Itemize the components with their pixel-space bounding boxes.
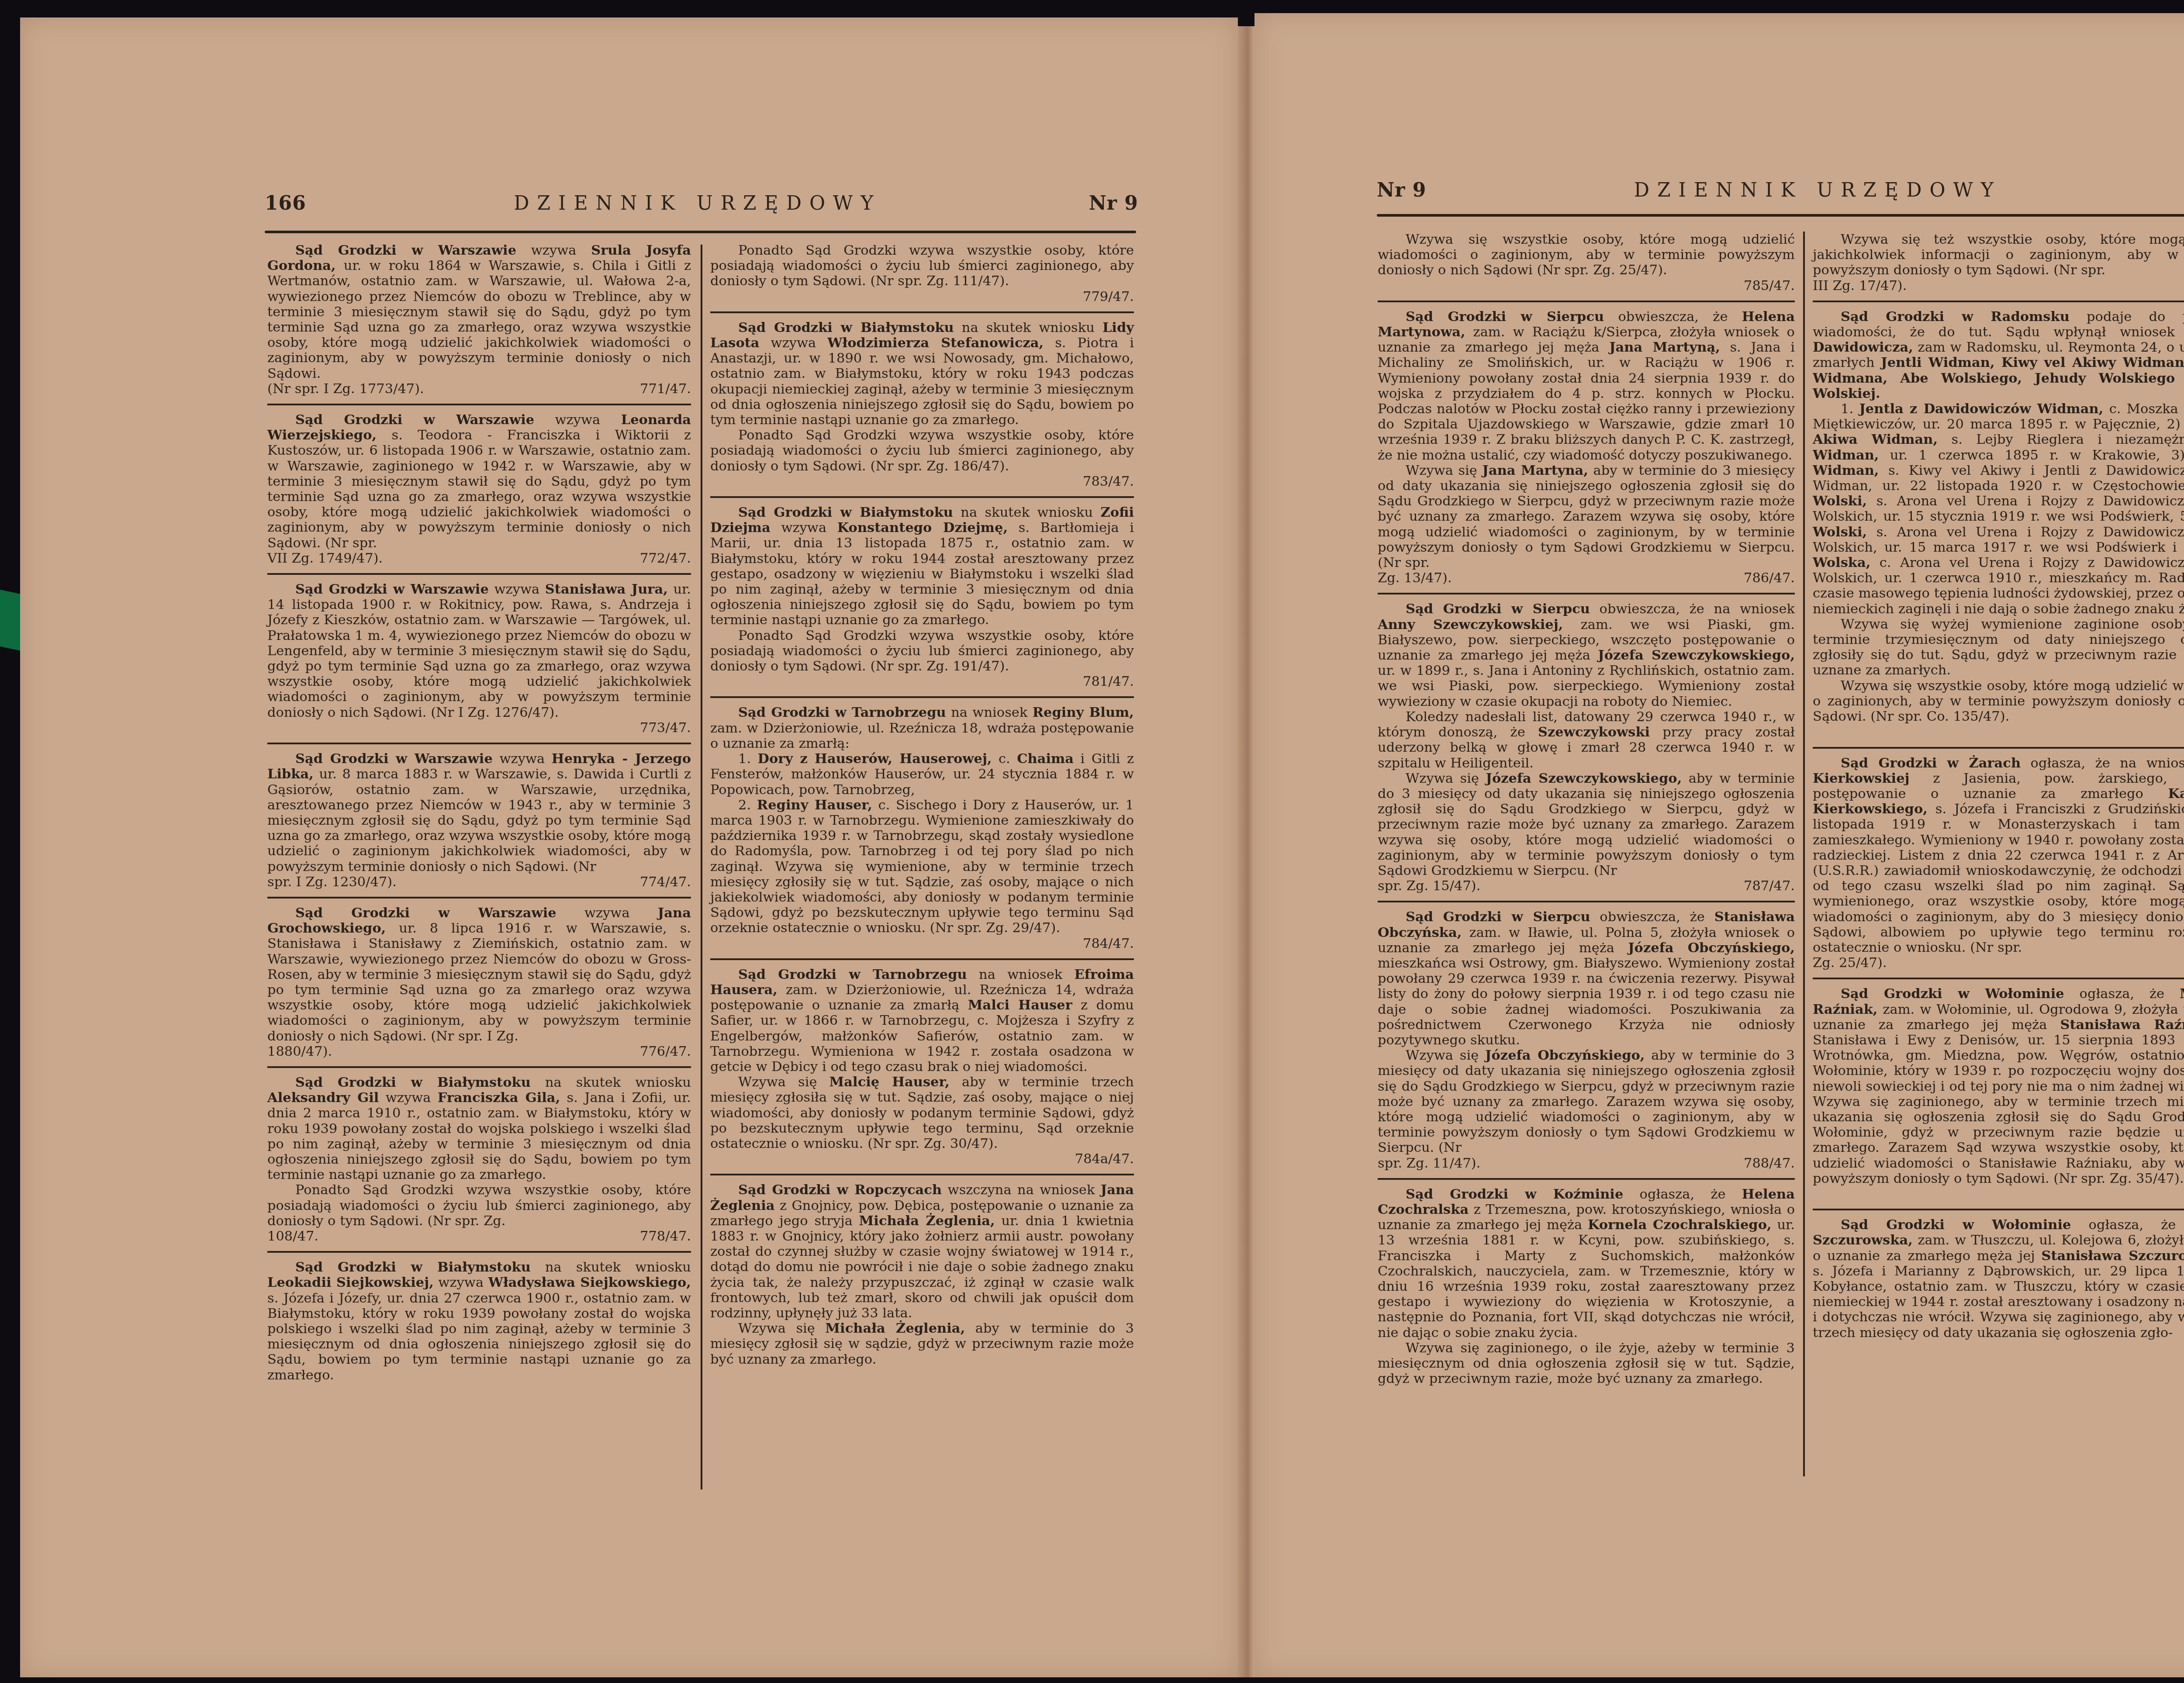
notice-paragraph: 1. Jentla z Dawidowiczów Widman, c. Mosz… bbox=[1813, 401, 2184, 617]
court-notice: Sąd Grodzki w Wołominie ogłasza, że Bryg… bbox=[1813, 1210, 2184, 1348]
issue-number: Nr 9 bbox=[1377, 179, 1426, 201]
notice-paragraph: Wzywa się Michała Żeglenia, aby w termin… bbox=[710, 1321, 1134, 1367]
court-notice: Sąd Grodzki w Tarnobrzegu na wniosek Efr… bbox=[710, 960, 1134, 1176]
notice-paragraph: 1. Dory z Hauserów, Hauserowej, c. Chaim… bbox=[710, 751, 1134, 798]
court-notice: Sąd Grodzki w Warszawie wzywa Srula Josy… bbox=[267, 236, 691, 405]
notice-reference: 783/47. bbox=[710, 474, 1134, 489]
notice-number: 779/47. bbox=[1083, 289, 1134, 304]
notice-paragraph: Sąd Grodzki w Białymstoku na skutek wnio… bbox=[710, 320, 1134, 428]
notice-paragraph: Sąd Grodzki w Białymstoku na skutek wnio… bbox=[267, 1075, 691, 1182]
notice-reference: 779/47. bbox=[710, 289, 1134, 304]
notice-paragraph: Sąd Grodzki w Ropczycach wszczyna na wni… bbox=[710, 1182, 1134, 1321]
court-notice: Sąd Grodzki w Białymstoku na skutek wnio… bbox=[710, 313, 1134, 498]
notice-paragraph: Wzywa się Jana Martyna, aby w terminie d… bbox=[1378, 463, 1795, 570]
issue-number: Nr 9 bbox=[1089, 192, 1138, 214]
notice-reference: VII Zg. 1749/47).772/47. bbox=[267, 551, 691, 566]
notice-paragraph: Sąd Grodzki w Żarach ogłasza, że na wnio… bbox=[1813, 756, 2184, 956]
notice-paragraph: Sąd Grodzki w Warszawie wzywa Jana Groch… bbox=[267, 905, 691, 1044]
notice-reference: 781/47. bbox=[710, 674, 1134, 689]
notice-number: 784/47. bbox=[1083, 936, 1134, 951]
notice-number: 783/47. bbox=[1083, 474, 1134, 489]
notice-paragraph: Sąd Grodzki w Warszawie wzywa Srula Josy… bbox=[267, 243, 691, 381]
notice-number: 774/47. bbox=[640, 874, 691, 890]
journal-title: DZIENNIK URZĘDOWY bbox=[514, 192, 881, 214]
notice-number: 772/47. bbox=[640, 551, 691, 566]
notice-number: 776/47. bbox=[640, 1044, 691, 1059]
notice-paragraph: Ponadto Sąd Grodzki wzywa wszystkie osob… bbox=[710, 628, 1134, 674]
notice-paragraph: Sąd Grodzki w Radomsku podaje do publicz… bbox=[1813, 309, 2184, 401]
notice-paragraph: Ponadto Sąd Grodzki wzywa wszystkie osob… bbox=[710, 428, 1134, 474]
court-notice: Sąd Grodzki w Sierpcu obwieszcza, że Sta… bbox=[1378, 902, 1795, 1179]
notice-paragraph: Sąd Grodzki w Wołominie ogłasza, że Bryg… bbox=[1813, 1217, 2184, 1341]
court-notice: Sąd Grodzki w Żarach ogłasza, że na wnio… bbox=[1813, 749, 2184, 980]
column-divider bbox=[701, 245, 702, 1489]
notice-paragraph: 2. Reginy Hauser, c. Sischego i Dory z H… bbox=[710, 798, 1134, 936]
notice-paragraph: Wzywa się wszystkie osoby, które mogą ud… bbox=[1378, 232, 1795, 278]
notice-paragraph: Sąd Grodzki w Warszawie wzywa Stanisława… bbox=[267, 582, 691, 720]
court-notice: Sąd Grodzki w Ropczycach wszczyna na wni… bbox=[710, 1175, 1134, 1374]
notice-reference: 784a/47. bbox=[710, 1151, 1134, 1167]
column-left-1: Sąd Grodzki w Warszawie wzywa Srula Josy… bbox=[267, 236, 691, 1390]
scanner-edge-marker bbox=[0, 590, 21, 651]
notice-paragraph: Wzywa się Malcię Hauser, aby w terminie … bbox=[710, 1075, 1134, 1151]
notice-paragraph: Sąd Grodzki w Sierpcu obwieszcza, że Sta… bbox=[1378, 909, 1795, 1048]
court-notice: Wzywa się też wszystkie osoby, które mog… bbox=[1813, 225, 2184, 302]
notice-paragraph: Wzywa się Józefa Obczyńskiego, aby w ter… bbox=[1378, 1048, 1795, 1155]
case-number: 1880/47). bbox=[267, 1044, 332, 1059]
court-notice: Sąd Grodzki w Sierpcu obwieszcza, że Hel… bbox=[1378, 302, 1795, 595]
notice-paragraph: Sąd Grodzki w Tarnobrzegu na wniosek Efr… bbox=[710, 967, 1134, 1075]
notice-paragraph: Sąd Grodzki w Białymstoku na skutek wnio… bbox=[710, 505, 1134, 628]
case-number: spr. I Zg. 1230/47). bbox=[267, 874, 397, 890]
court-notice: Ponadto Sąd Grodzki wzywa wszystkie osob… bbox=[710, 236, 1134, 313]
notice-paragraph: Sąd Grodzki w Białymstoku na skutek wnio… bbox=[267, 1260, 691, 1383]
notice-paragraph: Sąd Grodzki w Warszawie wzywa Henryka - … bbox=[267, 751, 691, 874]
notice-number: 771/47. bbox=[640, 381, 691, 397]
notice-paragraph: Sąd Grodzki w Sierpcu obwieszcza, że na … bbox=[1378, 601, 1795, 709]
notice-number: 787/47. bbox=[1744, 878, 1795, 894]
notice-reference: III Zg. 17/47).789/47. bbox=[1813, 278, 2184, 294]
journal-title: DZIENNIK URZĘDOWY bbox=[1634, 179, 2001, 201]
notice-number: 781/47. bbox=[1083, 674, 1134, 689]
notice-reference: spr. I Zg. 1230/47).774/47. bbox=[267, 874, 691, 890]
notice-number: 788/47. bbox=[1744, 1156, 1795, 1171]
notice-reference: (Nr spr. I Zg. 1773/47).771/47. bbox=[267, 381, 691, 397]
page-167: Nr 9 DZIENNIK URZĘDOWY 167 Wzywa się wsz… bbox=[1254, 13, 2184, 1677]
case-number: (Nr spr. I Zg. 1773/47). bbox=[267, 381, 424, 397]
court-notice: Sąd Grodzki w Białymstoku na skutek wnio… bbox=[710, 498, 1134, 698]
court-notice: Wzywa się wszystkie osoby, które mogą ud… bbox=[1378, 225, 1795, 302]
case-number: III Zg. 17/47). bbox=[1813, 278, 1907, 294]
notice-paragraph: Wzywa się wyżej wymienione zaginione oso… bbox=[1813, 617, 2184, 678]
notice-reference: Zg. 25/47).793/47. bbox=[1813, 955, 2184, 971]
notice-reference: 784/47. bbox=[710, 936, 1134, 951]
court-notice: Sąd Grodzki w Białymstoku na skutek wnio… bbox=[267, 1253, 691, 1390]
court-notice: Sąd Grodzki w Radomsku podaje do publicz… bbox=[1813, 302, 2184, 749]
notice-paragraph: Sąd Grodzki w Tarnobrzegu na wniosek Reg… bbox=[710, 705, 1134, 751]
page-166: 166 DZIENNIK URZĘDOWY Nr 9 Sąd Grodzki w… bbox=[20, 17, 1238, 1677]
case-number: spr. Zg. 15/47). bbox=[1378, 878, 1480, 894]
case-number: VII Zg. 1749/47). bbox=[267, 551, 383, 566]
court-notice: Sąd Grodzki w Sierpcu obwieszcza, że na … bbox=[1378, 594, 1795, 902]
notice-reference: spr. Zg. 15/47).787/47. bbox=[1378, 878, 1795, 894]
notice-paragraph: Wzywa się też wszystkie osoby, które mog… bbox=[1813, 232, 2184, 278]
court-notice: Sąd Grodzki w Białymstoku na skutek wnio… bbox=[267, 1068, 691, 1253]
notice-paragraph: Koledzy nadesłali list, datowany 29 czer… bbox=[1378, 709, 1795, 771]
notice-reference: 794/47. bbox=[1813, 1186, 2184, 1202]
notice-reference: 1880/47).776/47. bbox=[267, 1044, 691, 1059]
column-left-2: Ponadto Sąd Grodzki wzywa wszystkie osob… bbox=[710, 236, 1134, 1374]
header-rule bbox=[265, 231, 1136, 233]
notice-paragraph: Wzywa się wszystkie osoby, które mogą ud… bbox=[1813, 678, 2184, 725]
page-number: 166 bbox=[265, 192, 306, 214]
notice-paragraph: Wzywa się Józefa Szewczykowskiego, aby w… bbox=[1378, 771, 1795, 878]
notice-reference: 792/47. bbox=[1813, 724, 2184, 740]
header-rule bbox=[1377, 214, 2184, 217]
case-number: 108/47. bbox=[267, 1229, 318, 1244]
case-number: Zg. 25/47). bbox=[1813, 955, 1887, 971]
court-notice: Sąd Grodzki w Koźminie ogłasza, że Helen… bbox=[1378, 1180, 1795, 1394]
notice-reference: 108/47.778/47. bbox=[267, 1229, 691, 1244]
court-notice: Sąd Grodzki w Warszawie wzywa Stanisława… bbox=[267, 575, 691, 744]
notice-reference: spr. Zg. 11/47).788/47. bbox=[1378, 1156, 1795, 1171]
court-notice: Sąd Grodzki w Tarnobrzegu na wniosek Reg… bbox=[710, 698, 1134, 960]
case-number: spr. Zg. 11/47). bbox=[1378, 1156, 1480, 1171]
column-right-1: Wzywa się wszystkie osoby, które mogą ud… bbox=[1378, 225, 1795, 1393]
notice-paragraph: Wzywa się zaginionego, o ile żyje, ażeby… bbox=[1378, 1341, 1795, 1387]
notice-reference: 773/47. bbox=[267, 720, 691, 736]
court-notice: Sąd Grodzki w Wołominie ogłasza, że Mari… bbox=[1813, 979, 2184, 1210]
notice-reference: 785/47. bbox=[1378, 278, 1795, 294]
notice-number: 778/47. bbox=[640, 1229, 691, 1244]
notice-paragraph: Ponadto Sąd Grodzki wzywa wszystkie osob… bbox=[267, 1182, 691, 1229]
notice-paragraph: Ponadto Sąd Grodzki wzywa wszystkie osob… bbox=[710, 243, 1134, 289]
notice-number: 786/47. bbox=[1744, 570, 1795, 586]
notice-paragraph: Sąd Grodzki w Koźminie ogłasza, że Helen… bbox=[1378, 1187, 1795, 1341]
notice-reference: Zg. 13/47).786/47. bbox=[1378, 570, 1795, 586]
case-number: Zg. 13/47). bbox=[1378, 570, 1452, 586]
page-header-right: Nr 9 DZIENNIK URZĘDOWY 167 bbox=[1377, 179, 2184, 201]
notice-paragraph: Sąd Grodzki w Sierpcu obwieszcza, że Hel… bbox=[1378, 309, 1795, 463]
notice-paragraph: Sąd Grodzki w Wołominie ogłasza, że Mari… bbox=[1813, 986, 2184, 1186]
column-divider bbox=[1803, 232, 1805, 1476]
court-notice: Sąd Grodzki w Warszawie wzywa Leonarda W… bbox=[267, 405, 691, 575]
notice-number: 785/47. bbox=[1744, 278, 1795, 294]
column-right-2: Wzywa się też wszystkie osoby, które mog… bbox=[1813, 225, 2184, 1348]
page-header-left: 166 DZIENNIK URZĘDOWY Nr 9 bbox=[265, 192, 1138, 214]
notice-number: 773/47. bbox=[640, 720, 691, 736]
court-notice: Sąd Grodzki w Warszawie wzywa Jana Groch… bbox=[267, 899, 691, 1068]
notice-number: 784a/47. bbox=[1075, 1151, 1134, 1167]
court-notice: Sąd Grodzki w Warszawie wzywa Henryka - … bbox=[267, 744, 691, 899]
book-gutter bbox=[1238, 26, 1254, 1677]
notice-paragraph: Sąd Grodzki w Warszawie wzywa Leonarda W… bbox=[267, 412, 691, 551]
